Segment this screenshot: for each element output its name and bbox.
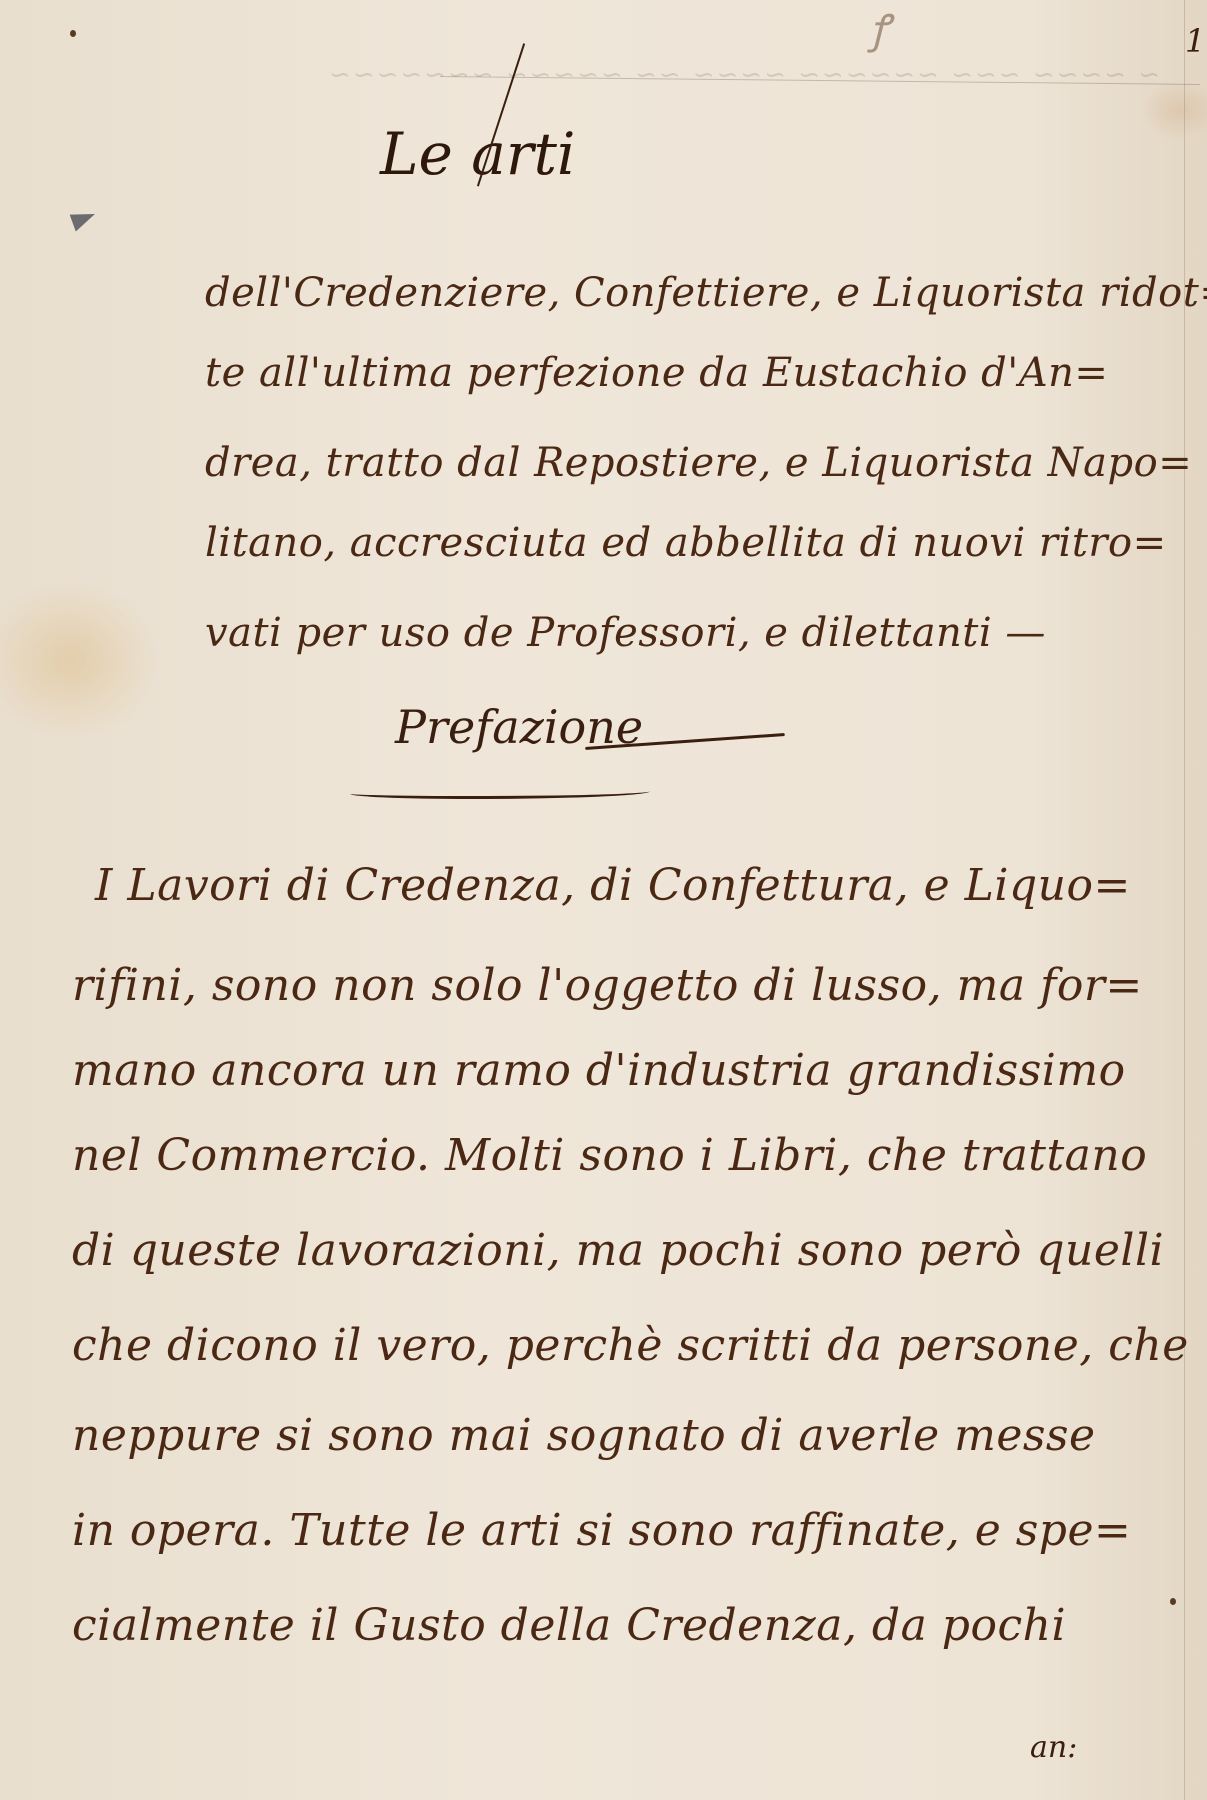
subtitle-line: dell'Credenziere, Confettiere, e Liquori… — [205, 270, 1207, 316]
top-flourish-mark: ꝭ — [870, 0, 960, 40]
ink-dot — [70, 30, 76, 37]
body-line: neppure si sono mai sognato di averle me… — [72, 1410, 1096, 1461]
body-line: I Lavori di Credenza, di Confettura, e L… — [95, 860, 1131, 911]
bleed-through-text: ~ ~~~~ ~~~ ~~~~~~ ~~~~ ~~ ~~~~~ ~~~~~~~ — [260, 60, 1160, 90]
body-line: rifini, sono non solo l'oggetto di lusso… — [72, 960, 1143, 1011]
folio-number: 1. — [1185, 22, 1207, 60]
subtitle-line: te all'ultima perfezione da Eustachio d'… — [205, 350, 1108, 396]
body-line: in opera. Tutte le arti si sono raffinat… — [72, 1505, 1131, 1556]
margin-arrow-mark — [70, 206, 99, 231]
subtitle-line: drea, tratto dal Repostiere, e Liquorist… — [205, 440, 1192, 486]
heading-swash — [350, 786, 650, 799]
subtitle-line: vati per uso de Professori, e dilettanti… — [205, 610, 1046, 656]
body-line: nel Commercio. Molti sono i Libri, che t… — [72, 1130, 1147, 1181]
body-line: mano ancora un ramo d'industria grandiss… — [72, 1045, 1126, 1096]
page-title: Le arti — [380, 120, 575, 188]
body-line: di queste lavorazioni, ma pochi sono per… — [72, 1225, 1164, 1276]
title-text: Le arti — [380, 120, 575, 188]
subtitle-line: litano, accresciuta ed abbellita di nuov… — [205, 520, 1167, 566]
ink-dot — [1170, 1598, 1176, 1605]
manuscript-page: ~ ~~~~ ~~~ ~~~~~~ ~~~~ ~~ ~~~~~ ~~~~~~~ … — [0, 0, 1207, 1800]
body-line: cialmente il Gusto della Credenza, da po… — [72, 1600, 1066, 1651]
catchword: an: — [1030, 1730, 1077, 1765]
body-line: che dicono il vero, perchè scritti da pe… — [72, 1320, 1189, 1371]
